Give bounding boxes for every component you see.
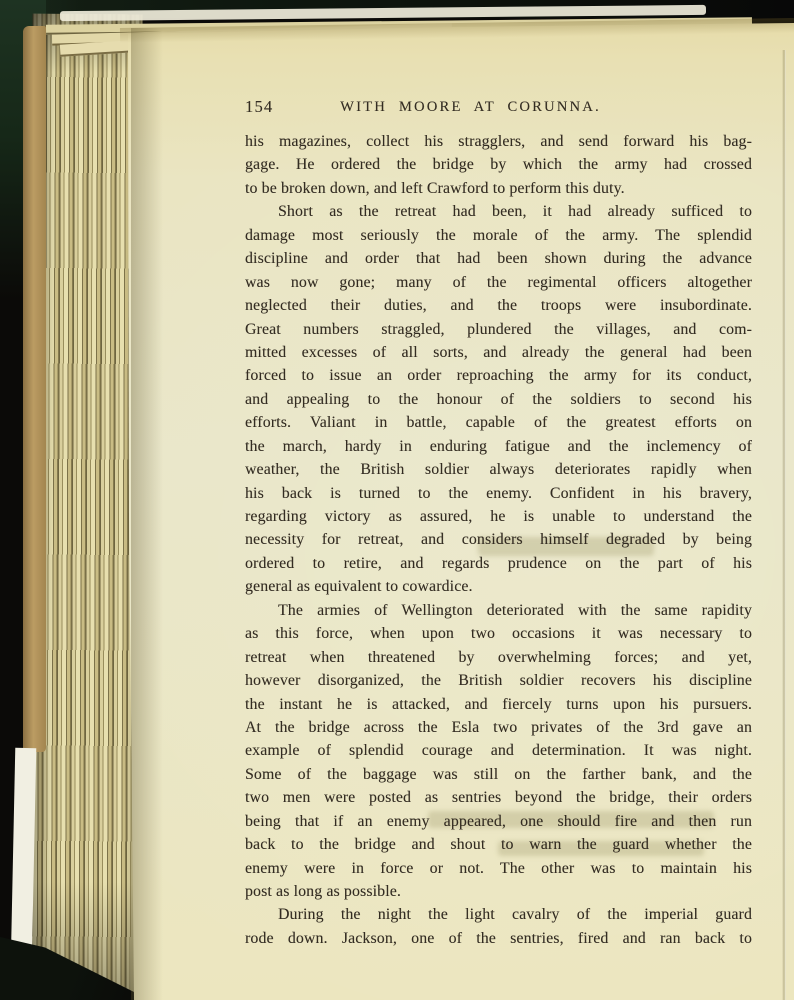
text-line: his magazines, collect his stragglers, a… bbox=[245, 130, 752, 153]
text-line: During the night the light cavalry of th… bbox=[245, 903, 752, 926]
text-line: mitted excesses of all sorts, and alread… bbox=[245, 341, 752, 364]
text-line: necessity for retreat, and considers him… bbox=[245, 528, 752, 551]
text-line: the instant he is attacked, and fiercely… bbox=[245, 693, 752, 716]
running-header-title: WITH MOORE AT CORUNNA. bbox=[217, 99, 724, 116]
text-line: his back is turned to the enemy. Confide… bbox=[245, 482, 752, 505]
text-line: The armies of Wellington deteriorated wi… bbox=[245, 599, 752, 622]
text-line: regarding victory as assured, he is unab… bbox=[245, 505, 752, 528]
text-line: and appealing to the honour of the soldi… bbox=[245, 388, 752, 411]
text-line: At the bridge across the Esla two privat… bbox=[245, 716, 752, 739]
text-line: back to the bridge and shout to warn the… bbox=[245, 833, 752, 856]
text-line: efforts. Valiant in battle, capable of t… bbox=[245, 411, 752, 434]
page-gutter-shadow bbox=[131, 28, 163, 1000]
text-line: post as long as possible. bbox=[245, 880, 752, 903]
text-line: neglected their duties, and the troops w… bbox=[245, 294, 752, 317]
text-line: gage. He ordered the bridge by which the… bbox=[245, 153, 752, 176]
text-line: as this force, when upon two occasions i… bbox=[245, 622, 752, 645]
text-line: ordered to retire, and regards prudence … bbox=[245, 552, 752, 575]
text-line: rode down. Jackson, one of the sentries,… bbox=[245, 927, 752, 950]
text-line: retreat when threatened by overwhelming … bbox=[245, 646, 752, 669]
torn-page-edge bbox=[23, 26, 46, 752]
page-right-crease bbox=[782, 50, 786, 1000]
text-line: enemy were in force or not. The other wa… bbox=[245, 857, 752, 880]
text-line: two men were posted as sentries beyond t… bbox=[245, 786, 752, 809]
text-line: Short as the retreat had been, it had al… bbox=[245, 200, 752, 223]
text-line: damage most seriously the morale of the … bbox=[245, 224, 752, 247]
text-line: discipline and order that had been shown… bbox=[245, 247, 752, 270]
text-line: general as equivalent to cowardice. bbox=[245, 575, 752, 598]
text-line: was now gone; many of the regimental off… bbox=[245, 271, 752, 294]
page-body: his magazines, collect his stragglers, a… bbox=[245, 130, 752, 950]
text-line: the march, hardy in enduring fatigue and… bbox=[245, 435, 752, 458]
text-line: example of splendid courage and determin… bbox=[245, 739, 752, 762]
text-line: being that if an enemy appeared, one sho… bbox=[245, 810, 752, 833]
text-line: however disorganized, the British soldie… bbox=[245, 669, 752, 692]
text-line: to be broken down, and left Crawford to … bbox=[245, 177, 752, 200]
text-line: Some of the baggage was still on the far… bbox=[245, 763, 752, 786]
text-line: weather, the British soldier always dete… bbox=[245, 458, 752, 481]
text-line: Great numbers straggled, plundered the v… bbox=[245, 318, 752, 341]
text-line: forced to issue an order reproaching the… bbox=[245, 364, 752, 387]
scanned-book-photo: 154 WITH MOORE AT CORUNNA. his magazines… bbox=[0, 0, 794, 1000]
